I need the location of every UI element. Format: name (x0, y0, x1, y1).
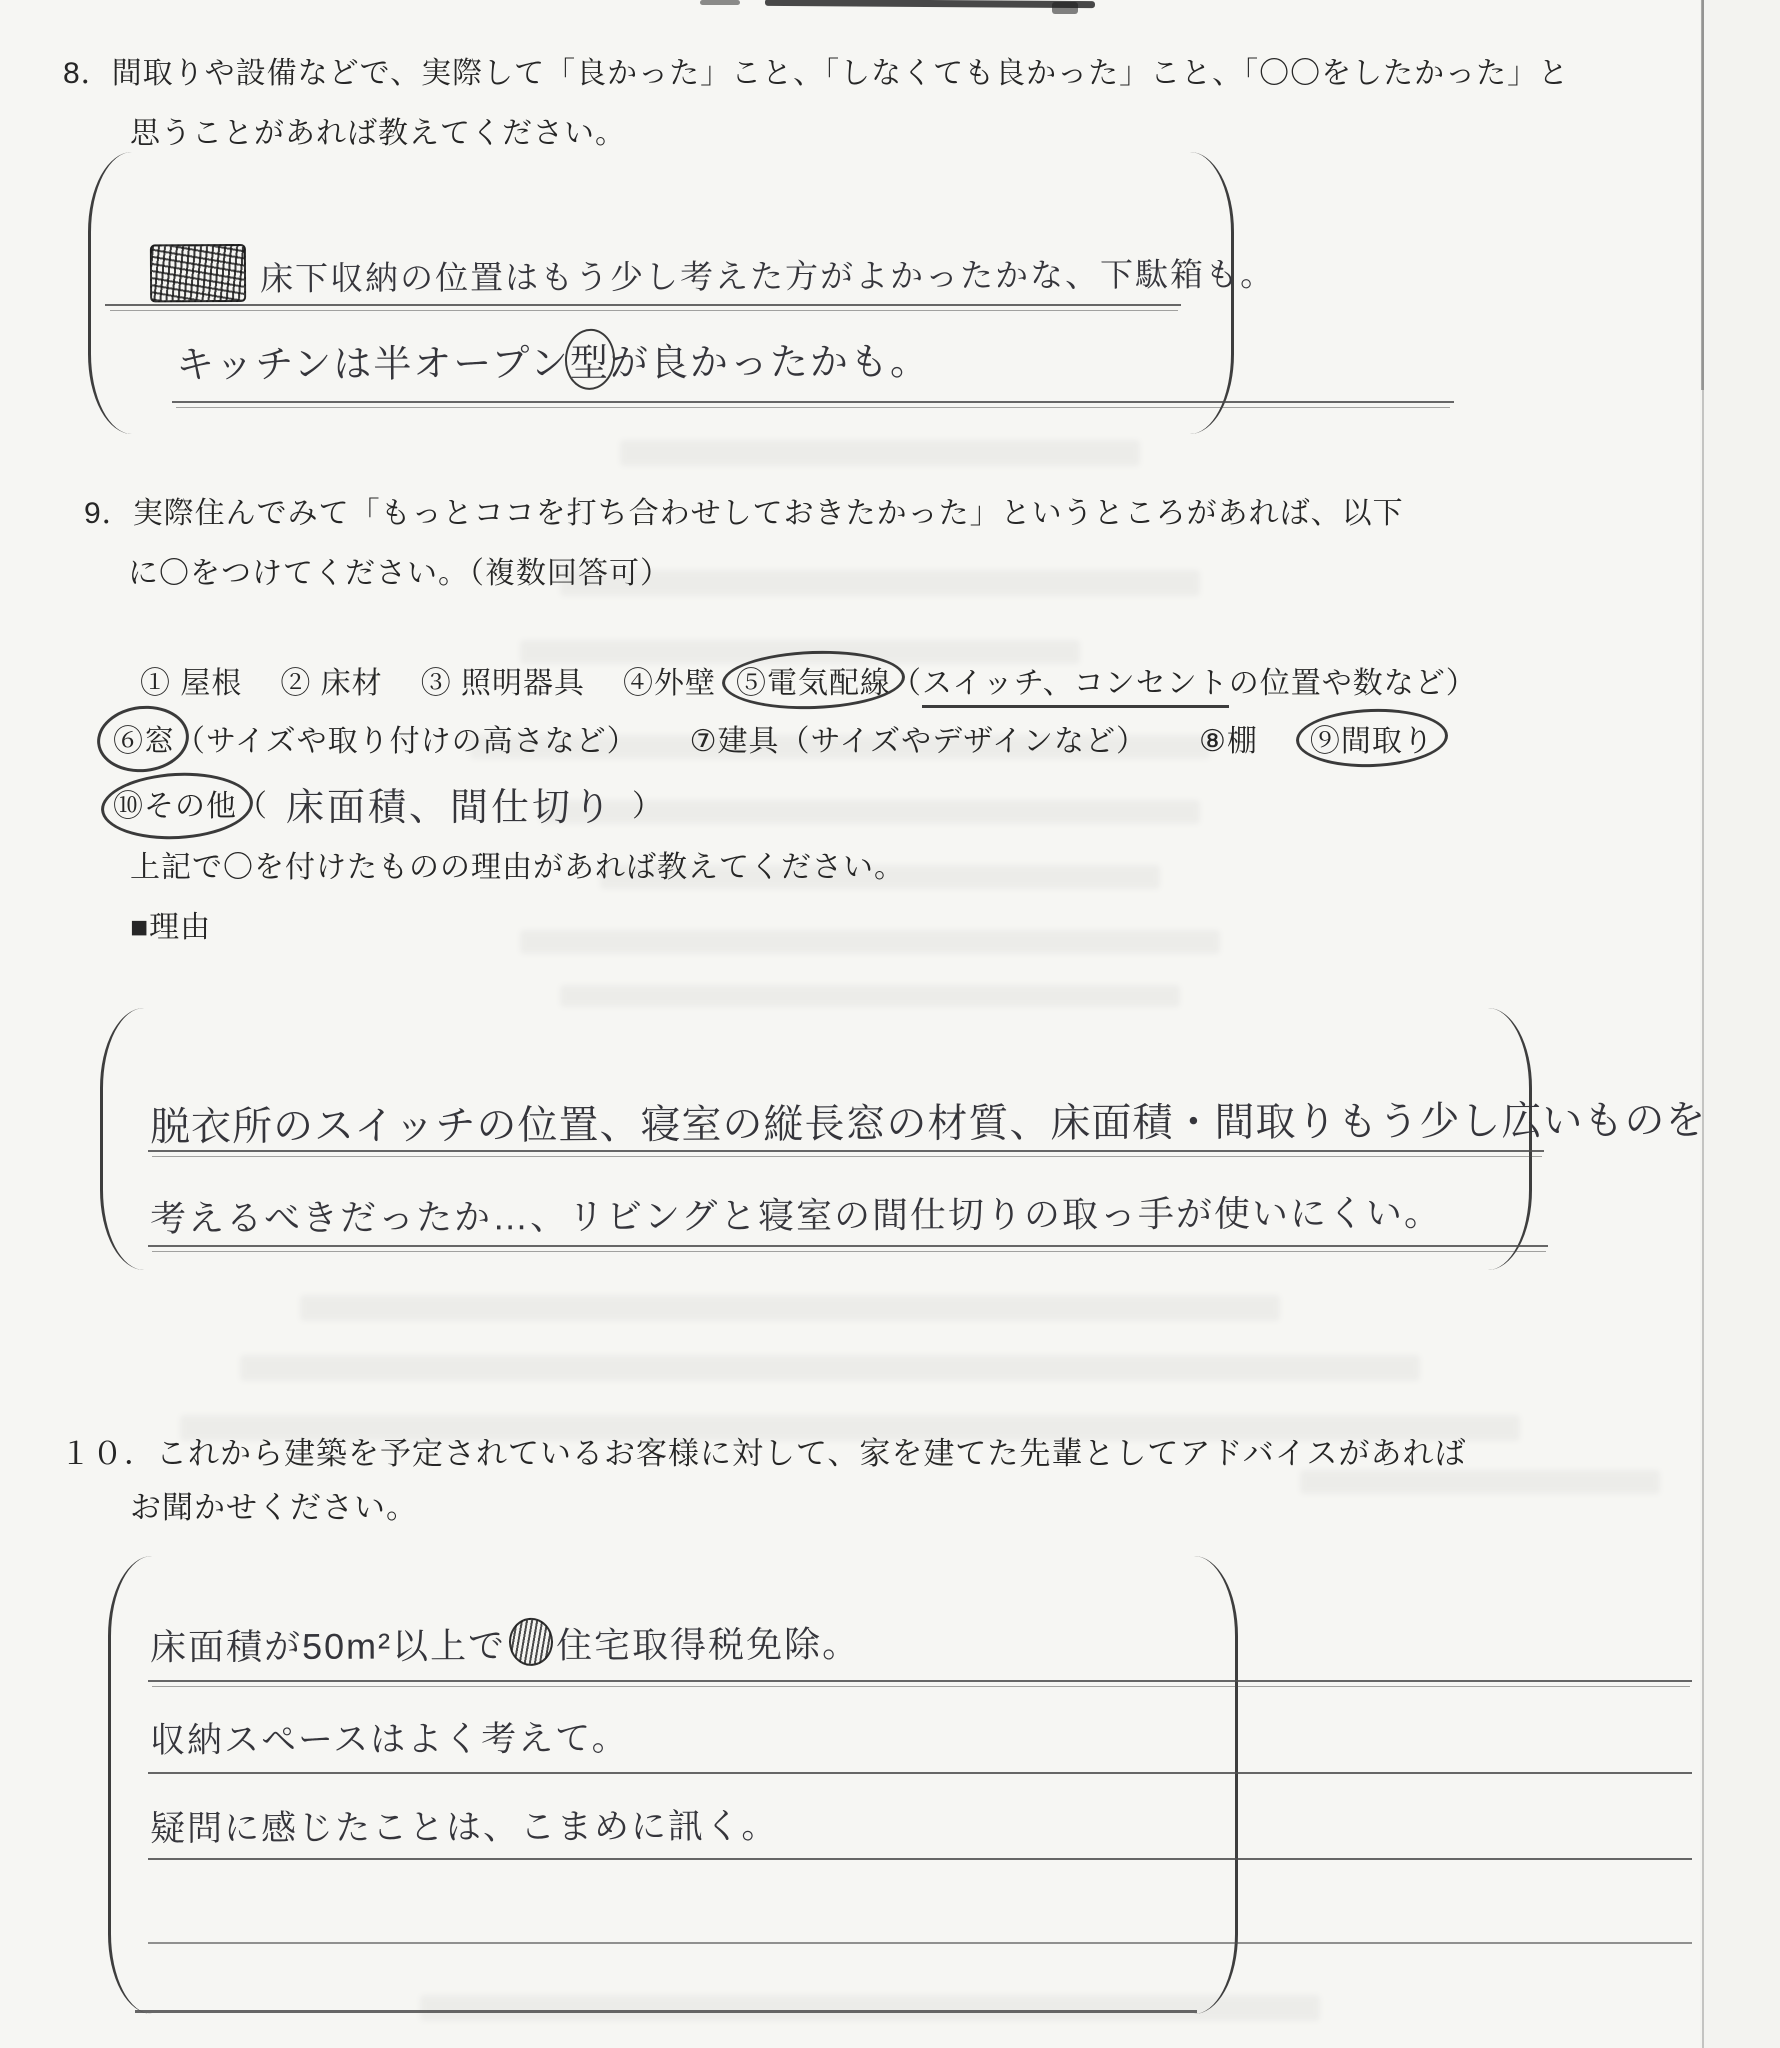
handwritten-text: 床下収納の位置はもう少し考えた方がよかったかな、下駄箱も。 (260, 256, 1275, 297)
option-5-paren: （ (891, 667, 922, 700)
question-10-number: １０． (60, 1436, 156, 1471)
question-10-line1: １０．これから建築を予定されているお客様に対して、家を建てた先輩としてアドバイス… (60, 1428, 1466, 1473)
ruled-line (148, 1680, 1692, 1682)
bleedthrough-artifact (300, 1295, 1280, 1321)
question-9-text: 実際住んでみて「もっとココを打ち合わせしておきたかった」というところがあれば、以… (133, 497, 1404, 530)
option-10-handwritten-entry: 床面積、間仕切り (286, 776, 614, 831)
scan-fold-line-dark (1701, 0, 1704, 390)
q9-options-row3: ⑩その他（床面積、間仕切り） (113, 776, 663, 831)
ruled-line (148, 1245, 1548, 1247)
bleedthrough-artifact (1300, 1470, 1660, 1494)
bleedthrough-artifact (620, 440, 1140, 466)
bleedthrough-artifact (560, 985, 1180, 1007)
ruled-line (105, 304, 1181, 306)
option-5-label: ⑤電気配線 (736, 667, 891, 700)
q9-note: 上記で〇を付けたものの理由があれば教えてください。 (130, 842, 905, 886)
q8-answer-line1: 床下収納の位置はもう少し考えた方がよかったかな、下駄箱も。 (150, 240, 1275, 303)
question-9-line2: に〇をつけてください。（複数回答可） (128, 548, 671, 592)
answer-box-bottom-line (135, 2010, 1197, 2013)
scan-cutoff-mark (765, 0, 1095, 8)
question-8-line1: 8．間取りや設備などで、実際して「良かった」こと、「しなくても良かった」こと、「… (63, 48, 1569, 92)
ruled-line (152, 1251, 1546, 1252)
option-3-lighting: ③ 照明器具 (421, 667, 585, 700)
q10-advice-line1: 床面積が50m²以上で住宅取得税免除。 (150, 1616, 860, 1670)
handwritten-text: キッチンは半オープン (176, 343, 570, 387)
handwritten-text: が良かったかも。 (610, 341, 930, 384)
option-5-wiring-circled: ⑤電気配線 (736, 658, 891, 702)
option-6-detail: （サイズや取り付けの高さなど） (175, 725, 638, 758)
ruled-line-empty (148, 1942, 1692, 1944)
question-8-number: 8． (63, 57, 112, 90)
corrected-character: 型 (570, 332, 610, 387)
option-10-label: ⑩その他 (113, 790, 237, 823)
q9-reason-label: ■理由 (130, 902, 211, 946)
question-8-line2: 思うことがあれば教えてください。 (130, 108, 626, 152)
option-4-exterior-wall: ④外壁 (623, 667, 716, 700)
option-5-detail: の位置や数など） (1229, 667, 1477, 700)
option-2-flooring: ② 床材 (280, 667, 382, 700)
q9-options-row1: ① 屋根② 床材③ 照明器具④外壁⑤電気配線（スイッチ、コンセントの位置や数など… (140, 658, 1477, 702)
answer-box-left-bracket (100, 1008, 147, 1270)
answer-box-right-bracket (1191, 1556, 1238, 2014)
option-8-shelves: ⑧棚 (1199, 725, 1258, 758)
option-1-roof: ① 屋根 (140, 667, 242, 700)
ruled-line (148, 1150, 1544, 1152)
option-6-label: ⑥窓 (113, 725, 175, 758)
ruled-line (152, 1156, 1542, 1157)
option-9-floorplan-circled: ⑨間取り (1310, 716, 1434, 760)
option-10-other-circled: ⑩その他 (113, 781, 237, 825)
bleedthrough-artifact (520, 930, 1220, 954)
q8-answer-line2: キッチンは半オープン型が良かったかも。 (176, 330, 930, 388)
question-9-line1: 9．実際住んでみて「もっとココを打ち合わせしておきたかった」というところがあれば… (84, 488, 1404, 532)
scan-cutoff-mark (1052, 2, 1078, 14)
scanned-questionnaire-page: 8．間取りや設備などで、実際して「良かった」こと、「しなくても良かった」こと、「… (0, 0, 1780, 2048)
bleedthrough-artifact (240, 1355, 1420, 1381)
answer-box-left-bracket (108, 1556, 155, 2014)
option-7-fittings: ⑦建具（サイズやデザインなど） (690, 725, 1147, 758)
q9-reason-line1: 脱衣所のスイッチの位置、寝室の縦長窓の材質、床面積・間取りもう少し広いものを (150, 1089, 1707, 1153)
ruled-line (148, 1772, 1692, 1774)
q10-advice-line2: 収納スペースはよく考えて。 (150, 1711, 629, 1763)
q10-advice-line3: 疑問に感じたことは、こまめに訊く。 (150, 1799, 779, 1852)
question-9-number: 9． (84, 497, 133, 530)
option-6-window-circled: ⑥窓 (113, 716, 175, 760)
q9-options-row2: ⑥窓（サイズや取り付けの高さなど）⑦建具（サイズやデザインなど）⑧棚⑨間取り (113, 716, 1434, 760)
corrected-character-scribble (509, 1618, 553, 1666)
q9-reason-line2: 考えるべきだったか…、リビングと寝室の間仕切りの取っ手が使いにくい。 (150, 1185, 1442, 1242)
question-10-text: これから建築を予定されているお客様に対して、家を建てた先輩としてアドバイスがあれ… (156, 1436, 1466, 1471)
handwritten-text: 住宅取得税免除。 (556, 1623, 860, 1665)
scan-cutoff-mark (700, 0, 740, 5)
crossed-out-scribble (150, 244, 246, 302)
handwritten-text: 床面積が50m²以上で (150, 1625, 506, 1668)
handwritten-text: 型 (570, 343, 610, 385)
hand-underlined-text: スイッチ、コンセント (922, 667, 1229, 708)
option-10-paren-open: （ (237, 790, 268, 823)
ruled-line (152, 1686, 1690, 1687)
question-8-text: 間取りや設備などで、実際して「良かった」こと、「しなくても良かった」こと、「〇〇… (112, 57, 1569, 90)
ruled-line (176, 407, 1450, 408)
question-10-line2: お聞かせください。 (130, 1482, 418, 1527)
option-9-label: ⑨間取り (1310, 725, 1434, 758)
ruled-line (110, 310, 1178, 311)
answer-box-left-bracket (88, 152, 135, 434)
ruled-line (148, 1858, 1692, 1860)
ruled-line (172, 401, 1454, 403)
option-10-paren-close: ） (632, 790, 663, 823)
